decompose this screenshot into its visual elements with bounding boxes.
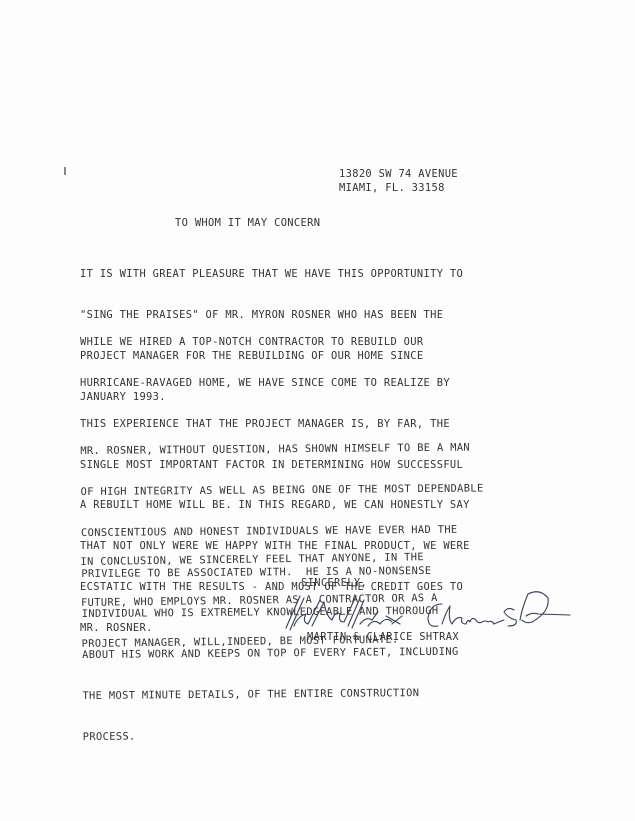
address-line-2: MIAMI, FL. 33158: [339, 181, 458, 195]
text-line: THE MOST MINUTE DETAILS, OF THE ENTIRE C…: [82, 686, 485, 703]
text-line: OF HIGH INTEGRITY AS WELL AS BEING ONE O…: [81, 482, 484, 499]
text-line: HURRICANE-RAVAGED HOME, WE HAVE SINCE CO…: [80, 377, 470, 391]
text-line: IN CONCLUSION, WE SINCERELY FEEL THAT AN…: [80, 551, 437, 570]
text-line: MR. ROSNER, WITHOUT QUESTION, HAS SHOWN …: [80, 442, 483, 459]
text-line: IT IS WITH GREAT PLEASURE THAT WE HAVE T…: [80, 268, 463, 282]
sender-address: 13820 SW 74 AVENUE MIAMI, FL. 33158: [339, 167, 458, 195]
address-line-1: 13820 SW 74 AVENUE: [339, 167, 458, 181]
letter-page: 13820 SW 74 AVENUE MIAMI, FL. 33158 TO W…: [0, 0, 635, 821]
signer-name: MARTIN & CLARICE SHTRAX: [307, 631, 459, 643]
text-line: WHILE WE HIRED A TOP-NOTCH CONTRACTOR TO…: [80, 336, 470, 350]
text-line: PROCESS.: [83, 727, 486, 744]
signature-icon: [282, 586, 572, 636]
stray-mark: [64, 167, 66, 175]
salutation: TO WHOM IT MAY CONCERN: [175, 217, 320, 229]
